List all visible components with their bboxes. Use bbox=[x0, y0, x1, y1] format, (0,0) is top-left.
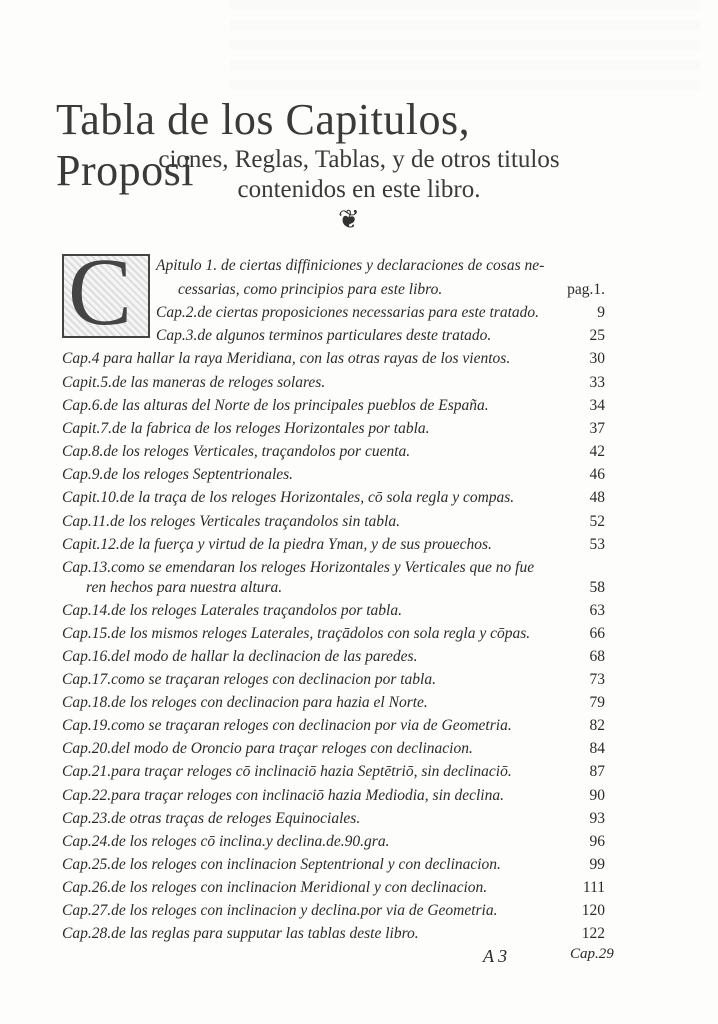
toc-entry: Cap.22.para traçar reloges con inclinaci… bbox=[62, 787, 504, 805]
toc-page-number: 46 bbox=[555, 466, 605, 484]
toc-page-number: 58 bbox=[555, 579, 605, 597]
toc-page-number: 34 bbox=[555, 397, 605, 415]
toc-page-number: 66 bbox=[555, 625, 605, 643]
toc-entry: Cap.13.como se emendaran los reloges Hor… bbox=[62, 559, 534, 577]
toc-page-number: 25 bbox=[555, 327, 605, 345]
toc-page-number: 84 bbox=[555, 740, 605, 758]
toc-page-number: 52 bbox=[555, 513, 605, 531]
toc-entry: Cap.8.de los reloges Verticales, traçand… bbox=[62, 443, 410, 461]
toc-page-number: 9 bbox=[555, 304, 605, 322]
toc-page-number: pag.1. bbox=[555, 281, 605, 299]
toc-page-number: 48 bbox=[555, 489, 605, 507]
toc-page-number: 37 bbox=[555, 420, 605, 438]
toc-page-number: 99 bbox=[555, 856, 605, 874]
toc-entry: Cap.6.de las alturas del Norte de los pr… bbox=[62, 397, 489, 415]
toc-entry: Cap.14.de los reloges Laterales traçando… bbox=[62, 602, 402, 620]
toc-entry: Capit.10.de la traça de los reloges Hori… bbox=[62, 489, 514, 507]
fleuron-ornament-icon: ❦ bbox=[338, 205, 360, 235]
toc-entry: Cap.2.de ciertas proposiciones necessari… bbox=[156, 304, 539, 322]
toc-entry: Cap.16.del modo de hallar la declinacion… bbox=[62, 648, 417, 666]
catchword: Cap.29 bbox=[570, 946, 614, 963]
toc-entry: Cap.11.de los reloges Verticales traçand… bbox=[62, 513, 400, 531]
toc-entry: Cap.19.como se traçaran reloges con decl… bbox=[62, 717, 512, 735]
historiated-drop-cap: C bbox=[62, 254, 150, 338]
toc-page-number: 120 bbox=[555, 902, 605, 920]
toc-entry: Cap.18.de los reloges con declinacion pa… bbox=[62, 694, 428, 712]
toc-page-number: 111 bbox=[555, 879, 605, 897]
toc-page-number: 68 bbox=[555, 648, 605, 666]
show-through-texture bbox=[230, 0, 700, 90]
toc-page-number: 73 bbox=[555, 671, 605, 689]
toc-entry: Cap.20.del modo de Oroncio para traçar r… bbox=[62, 740, 473, 758]
toc-entry: Cap.3.de algunos terminos particulares d… bbox=[156, 327, 491, 345]
toc-entry: Apitulo 1. de ciertas diffiniciones y de… bbox=[156, 257, 544, 275]
signature-mark: A 3 bbox=[483, 946, 507, 967]
toc-page-number: 87 bbox=[555, 763, 605, 781]
toc-page-number: 33 bbox=[555, 374, 605, 392]
toc-page-number: 96 bbox=[555, 833, 605, 851]
toc-page-number: 82 bbox=[555, 717, 605, 735]
toc-page-number: 30 bbox=[555, 350, 605, 368]
toc-page-number: 79 bbox=[555, 694, 605, 712]
toc-entry: ren hechos para nuestra altura. bbox=[86, 579, 282, 597]
toc-entry: Capit.7.de la fabrica de los reloges Hor… bbox=[62, 420, 430, 438]
toc-entry: Cap.9.de los reloges Septentrionales. bbox=[62, 466, 293, 484]
toc-page-number: 93 bbox=[555, 810, 605, 828]
page-subtitle-line-2: contenidos en este libro. bbox=[0, 176, 718, 204]
toc-entry: Cap.28.de las reglas para supputar las t… bbox=[62, 925, 419, 943]
toc-page-number: 122 bbox=[555, 925, 605, 943]
toc-page-number: 90 bbox=[555, 787, 605, 805]
toc-entry: Cap.24.de los reloges cō inclina.y decli… bbox=[62, 833, 389, 851]
toc-entry: Cap.21.para traçar reloges cō inclinaciō… bbox=[62, 763, 512, 781]
toc-entry: Cap.27.de los reloges con inclinacion y … bbox=[62, 902, 498, 920]
toc-page-number: 63 bbox=[555, 602, 605, 620]
toc-entry: Cap.25.de los reloges con inclinacion Se… bbox=[62, 856, 501, 874]
toc-entry: Capit.12.de la fuerça y virtud de la pie… bbox=[62, 536, 492, 554]
page-subtitle-line-1: ciones, Reglas, Tablas, y de otros titul… bbox=[0, 146, 718, 174]
toc-entry: Cap.17.como se traçaran reloges con decl… bbox=[62, 671, 436, 689]
toc-entry: cessarias, como principios para este lib… bbox=[178, 281, 442, 299]
toc-page-number: 53 bbox=[555, 536, 605, 554]
toc-page-number: 42 bbox=[555, 443, 605, 461]
toc-entry: Capit.5.de las maneras de reloges solare… bbox=[62, 374, 325, 392]
toc-entry: Cap.15.de los mismos reloges Laterales, … bbox=[62, 625, 530, 643]
toc-entry: Cap.26.de los reloges con inclinacion Me… bbox=[62, 879, 487, 897]
drop-cap-letter: C bbox=[68, 244, 132, 340]
toc-entry: Cap.4 para hallar la raya Meridiana, con… bbox=[62, 350, 510, 368]
toc-entry: Cap.23.de otras traças de reloges Equino… bbox=[62, 810, 360, 828]
